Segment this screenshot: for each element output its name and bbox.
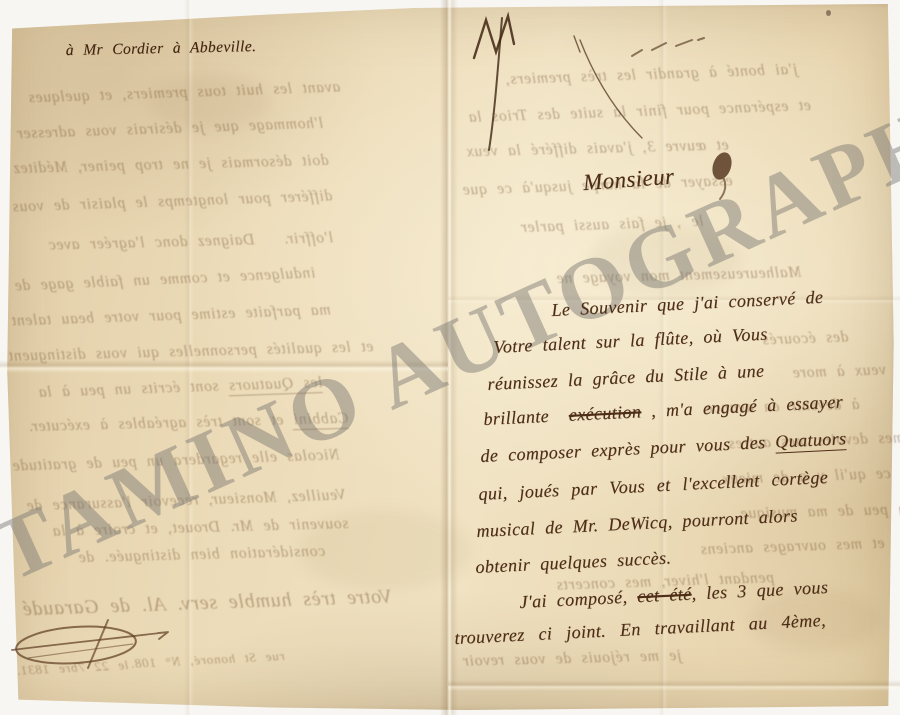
signature-paraph-flourish [8, 618, 183, 672]
ink-line: trouverez ci joint. En travaillant au 4è… [454, 610, 826, 649]
ink-line: brillante exécution , m'a engagé à essay… [483, 391, 844, 430]
letter-photo: avant les huit tous premiers, et quelque… [0, 0, 900, 715]
ink-line: obtenir quelques succès. [475, 547, 672, 578]
word: , m'a engagé à essayer [641, 391, 844, 421]
pen-trial-marks [462, 6, 662, 166]
zigzag-pen-mark [474, 16, 514, 58]
ink-blot [704, 146, 748, 204]
blot-body [709, 150, 735, 182]
word: , les 3 que vous [691, 577, 829, 604]
struck-word: exécution [568, 401, 641, 425]
underlined-word: Quatuors [775, 428, 847, 453]
word: qui, joués par Vous et l'excellent cortè… [478, 467, 829, 504]
ink-line: Le Souvenir que j'ai conservé de [551, 287, 824, 321]
pen-dash-marks [628, 36, 718, 68]
word: musical de Mr. DeWicq, pourront alors [476, 505, 798, 541]
salutation-line: Monsieur [582, 164, 675, 196]
ink-line: qui, joués par Vous et l'excellent cortè… [478, 467, 829, 505]
word: de composer exprès pour vous des [480, 432, 776, 466]
word: trouverez ci joint. En travaillant au 4è… [454, 610, 826, 648]
blot-tail [720, 179, 725, 199]
word: Le Souvenir que j'ai conservé de [551, 287, 824, 320]
word: Votre talent sur la flûte, où Vous [493, 324, 768, 357]
word: J'ai composé, [519, 586, 638, 612]
struck-word: cet été [637, 584, 692, 607]
word: brillante [483, 405, 569, 429]
ink-line: J'ai composé, cet été, les 3 que vous [519, 577, 829, 613]
ink-line: Votre talent sur la flûte, où Vous [493, 324, 768, 358]
word: réunissez la grâce du Stile à une [487, 360, 765, 394]
ink-line: musical de Mr. DeWicq, pourront alors [476, 505, 798, 542]
ink-line: réunissez la grâce du Stile à une [487, 360, 765, 395]
dash-strokes [632, 38, 704, 56]
ink-line: de composer exprès pour vous des Quatuor… [480, 428, 847, 467]
ink-layer: à Mr Cordier à Abbeville. Monsieur Le So… [0, 0, 900, 715]
paraph-ellipse [15, 623, 137, 667]
address-line: à Mr Cordier à Abbeville. [66, 38, 257, 60]
word: obtenir quelques succès. [475, 547, 672, 577]
